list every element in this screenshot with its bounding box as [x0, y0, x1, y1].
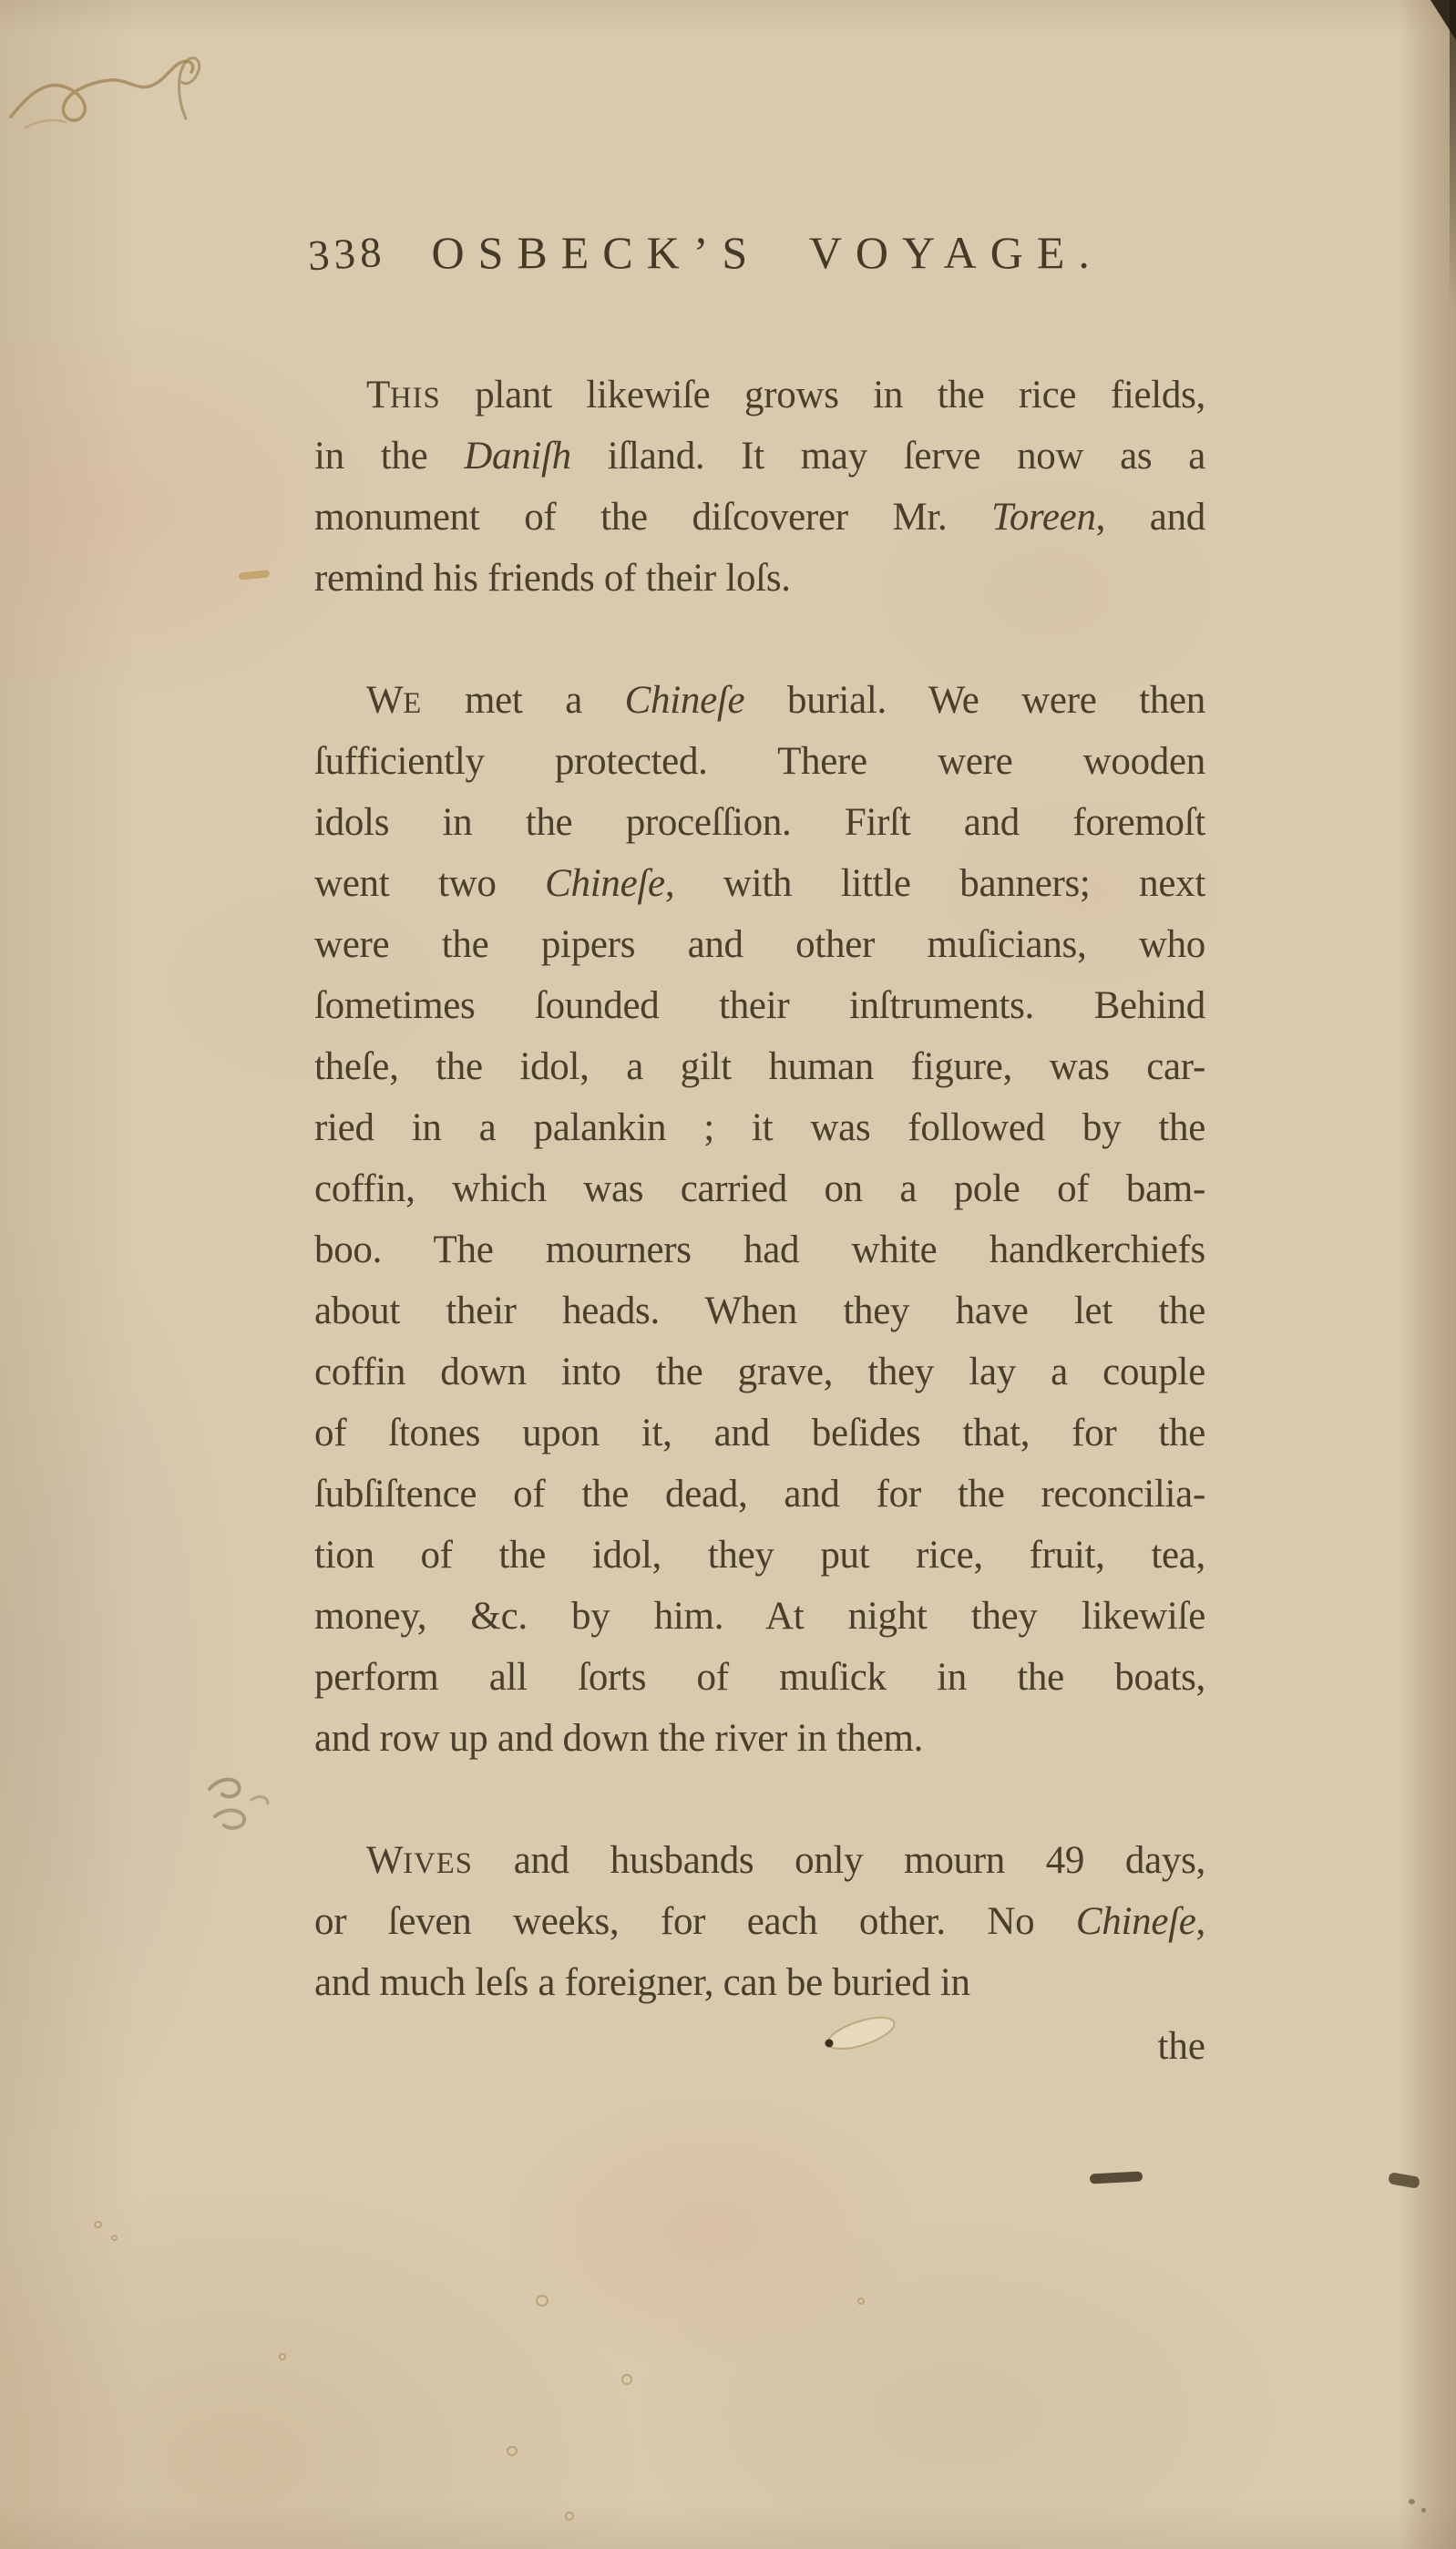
text-segment: W — [366, 679, 403, 722]
running-head: 338 OSBECK’S VOYAGE. — [308, 226, 1201, 279]
italic-text: Daniſh — [464, 435, 571, 478]
foxing-spot — [621, 2374, 632, 2385]
text-segment: , with little banners; next — [665, 862, 1205, 905]
text-line: ſubſiſtence of the dead, and for the rec… — [314, 1464, 1205, 1525]
foxing-spot — [536, 2295, 549, 2307]
text-segment: and much leſs a foreigner, can be buried… — [314, 1961, 970, 2004]
text-segment: ried in a palankin ; it was followed by … — [314, 1106, 1205, 1149]
text-line: WIVES and husbands only mourn 49 days, — [314, 1830, 1205, 1891]
text-segment: monument of the diſcoverer Mr. — [314, 496, 991, 539]
text-line: WE met a Chineſe burial. We were then — [314, 670, 1205, 731]
text-line: perform all ſorts of muſick in the boats… — [314, 1647, 1205, 1708]
text-segment: coffin, which was carried on a pole of b… — [314, 1167, 1205, 1210]
small-caps-text: IVES — [403, 1847, 473, 1880]
text-segment: or ſeven weeks, for each other. No — [314, 1900, 1076, 1943]
text-segment: ſometimes ſounded their inſtruments. Beh… — [314, 984, 1205, 1027]
italic-text: Chineſe — [545, 862, 665, 905]
text-segment: and husbands only mourn 49 days, — [473, 1839, 1205, 1882]
text-line: about their heads. When they have let th… — [314, 1280, 1205, 1341]
text-segment: money, &c. by him. At night they likewiſ… — [314, 1595, 1205, 1638]
text-segment: T — [366, 374, 390, 416]
text-line: of ſtones upon it, and beſides that, for… — [314, 1403, 1205, 1464]
text-line: were the pipers and other muſicians, who — [314, 914, 1205, 975]
foxing-spot — [507, 2446, 518, 2456]
text-segment: perform all ſorts of muſick in the boats… — [314, 1656, 1205, 1699]
scanned-book-page: { "page": { "number": "338", "title": "O… — [0, 0, 1456, 2549]
text-line: ried in a palankin ; it was followed by … — [314, 1097, 1205, 1158]
page-right-edge-shadow — [1400, 0, 1456, 2549]
ink-speck — [1421, 2508, 1426, 2513]
text-segment: met a — [422, 679, 624, 722]
text-segment: burial. We were then — [744, 679, 1205, 722]
text-segment: coffin down into the grave, they lay a c… — [314, 1351, 1205, 1393]
paragraph: THIS plant likewiſe grows in the rice fi… — [314, 365, 1205, 609]
text-line: coffin down into the grave, they lay a c… — [314, 1341, 1205, 1403]
italic-text: Chineſe — [1076, 1900, 1196, 1943]
text-line: money, &c. by him. At night they likewiſ… — [314, 1586, 1205, 1647]
body-text: THIS plant likewiſe grows in the rice fi… — [314, 365, 1205, 2074]
text-segment: of ſtones upon it, and beſides that, for… — [314, 1412, 1205, 1454]
text-line: in the Daniſh iſland. It may ſerve now a… — [314, 426, 1205, 487]
italic-text: Chineſe — [625, 679, 745, 722]
text-segment: about their heads. When they have let th… — [314, 1290, 1205, 1332]
foxing-spot — [857, 2297, 865, 2305]
dark-ink-dash — [1090, 2171, 1143, 2184]
italic-text: Toreen — [991, 496, 1095, 539]
text-segment: W — [366, 1839, 403, 1882]
text-line: remind his friends of their loſs. — [314, 548, 1205, 609]
paragraph: WE met a Chineſe burial. We were thenſuf… — [314, 670, 1205, 1769]
small-caps-text: HIS — [390, 382, 441, 415]
text-line: ſometimes ſounded their inſtruments. Beh… — [314, 975, 1205, 1036]
ink-scribble — [7, 26, 235, 153]
smudge-mark — [202, 1762, 289, 1839]
paragraph: WIVES and husbands only mourn 49 days,or… — [314, 1830, 1205, 2013]
foxing-spot — [279, 2353, 286, 2360]
text-segment: , and — [1096, 496, 1205, 539]
dark-ink-dash — [1388, 2172, 1420, 2189]
text-line: went two Chineſe, with little banners; n… — [314, 853, 1205, 914]
text-segment: iſland. It may ſerve now as a — [571, 435, 1205, 478]
text-segment: went two — [314, 862, 545, 905]
text-line: boo. The mourners had white handkerchief… — [314, 1219, 1205, 1280]
small-caps-text: E — [403, 687, 422, 720]
text-line: tion of the idol, they put rice, fruit, … — [314, 1525, 1205, 1586]
text-line: theſe, the idol, a gilt human figure, wa… — [314, 1036, 1205, 1097]
page-right-edge-line — [1450, 0, 1456, 310]
text-segment: ſufficiently protected. There were woode… — [314, 740, 1205, 783]
catchword: the — [314, 2016, 1205, 2077]
foxing-spot — [111, 2235, 118, 2241]
ink-speck — [1409, 2499, 1415, 2504]
text-line: and much leſs a foreigner, can be buried… — [314, 1952, 1205, 2013]
text-segment: tion of the idol, they put rice, fruit, … — [314, 1534, 1205, 1577]
text-segment: idols in the proceſſion. Firſt and forem… — [314, 801, 1205, 844]
text-segment: were the pipers and other muſicians, who — [314, 923, 1205, 966]
text-line: or ſeven weeks, for each other. No Chine… — [314, 1891, 1205, 1952]
text-segment: in the — [314, 435, 464, 478]
text-line: ſufficiently protected. There were woode… — [314, 731, 1205, 792]
foxing-spot — [94, 2221, 102, 2228]
text-segment: boo. The mourners had white handkerchief… — [314, 1228, 1205, 1271]
margin-dash-mark — [239, 570, 271, 581]
page-number: 338 — [307, 228, 387, 281]
foxing-spot — [565, 2512, 574, 2521]
text-segment: plant likewiſe grows in the rice fields, — [441, 374, 1205, 416]
text-segment: remind his friends of their loſs. — [314, 557, 791, 600]
text-line: monument of the diſcoverer Mr. Toreen, a… — [314, 487, 1205, 548]
text-line: coffin, which was carried on a pole of b… — [314, 1158, 1205, 1219]
text-segment: , — [1196, 1900, 1205, 1943]
text-segment: theſe, the idol, a gilt human figure, wa… — [314, 1045, 1205, 1088]
text-segment: ſubſiſtence of the dead, and for the rec… — [314, 1473, 1205, 1516]
page-title: OSBECK’S VOYAGE. — [432, 226, 1103, 279]
text-line: THIS plant likewiſe grows in the rice fi… — [314, 365, 1205, 426]
dark-corner-top-right — [1430, 0, 1456, 40]
text-segment: and row up and down the river in them. — [314, 1717, 923, 1760]
text-line: and row up and down the river in them. — [314, 1708, 1205, 1769]
text-line: idols in the proceſſion. Firſt and forem… — [314, 792, 1205, 853]
